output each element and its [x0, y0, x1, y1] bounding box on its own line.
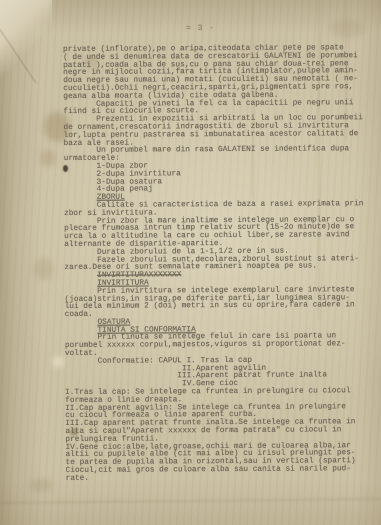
stain — [52, 356, 64, 368]
bottom-crease — [0, 498, 381, 504]
fold-crease-line — [0, 8, 36, 83]
page-number: = 3 - — [186, 24, 215, 33]
document-body: private (inflorate),pe o aripa,citeodata… — [63, 45, 381, 484]
scanned-page: = 3 - private (inflorate),pe o aripa,cit… — [0, 0, 381, 525]
stain — [330, 20, 364, 38]
stain — [30, 478, 52, 492]
stain — [34, 258, 54, 280]
fold-crease — [0, 0, 52, 78]
stain — [40, 150, 56, 166]
